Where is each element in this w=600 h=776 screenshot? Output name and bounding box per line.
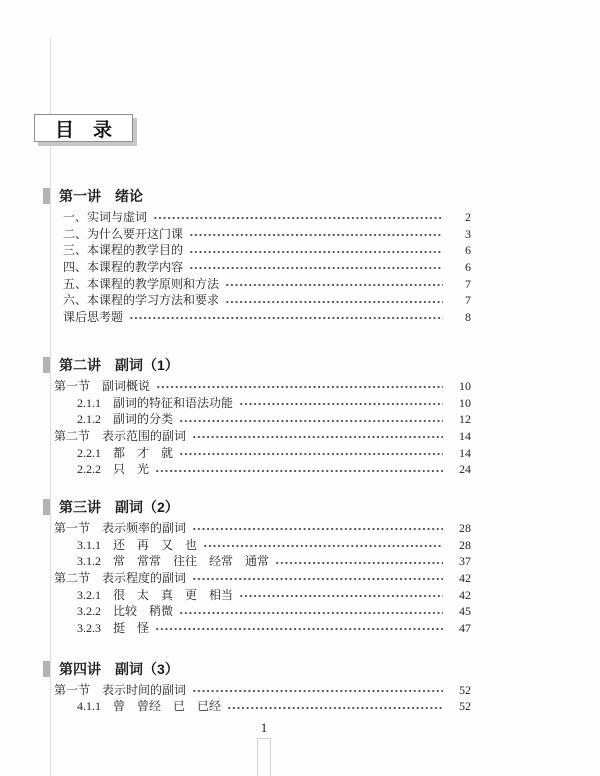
toc-entry-page: 7 — [449, 293, 471, 308]
toc-entry: 第一节 表示频率的副词 28 — [43, 519, 471, 536]
toc-entry-label: 2.1.2 副词的分类 — [77, 410, 173, 427]
toc-entry-page: 42 — [449, 588, 471, 603]
toc-entry-page: 7 — [449, 277, 471, 292]
toc-entry-label: 二、为什么要开这门课 — [63, 225, 183, 242]
toc-entry-page: 28 — [449, 521, 471, 536]
toc-entry-label: 第一节 副词概说 — [54, 377, 150, 394]
dot-leader — [155, 469, 443, 473]
toc-entry: 六、本课程的学习方法和要求 7 — [43, 291, 471, 308]
toc-entry-page: 10 — [449, 396, 471, 411]
toc-entry: 第一节 副词概说 10 — [43, 377, 471, 394]
table-of-contents: 第一讲 绪论 一、实词与虚词 2 二、为什么要开这门课 3 三、本课程的教学目的… — [43, 186, 471, 714]
toc-section-2: 第二讲 副词（1） 第一节 副词概说 10 2.1.1 副词的特征和语法功能 1… — [43, 355, 471, 477]
heading-bar — [43, 661, 50, 677]
toc-entry: 第二节 表示范围的副词 14 — [43, 427, 471, 444]
dot-leader — [192, 527, 443, 531]
toc-entry: 三、本课程的教学目的 6 — [43, 241, 471, 258]
toc-entry-label: 课后思考题 — [63, 308, 123, 325]
toc-entry-page: 28 — [449, 538, 471, 553]
toc-entry-label: 3.2.1 很 太 真 更 相当 — [77, 586, 233, 603]
section-heading-label: 第四讲 副词（3） — [59, 659, 179, 679]
dot-leader — [179, 611, 443, 615]
scan-artifact-box — [257, 738, 271, 776]
dot-leader — [239, 402, 443, 406]
toc-entry-page: 10 — [449, 379, 471, 394]
section-heading-label: 第三讲 副词（2） — [59, 497, 179, 517]
toc-entry: 3.2.1 很 太 真 更 相当 42 — [43, 586, 471, 603]
dot-leader — [189, 266, 443, 270]
dot-leader — [155, 627, 443, 631]
dot-leader — [179, 452, 443, 456]
dot-leader — [189, 233, 443, 237]
toc-entry: 3.2.3 挺 怪 47 — [43, 619, 471, 636]
dot-leader — [275, 561, 443, 565]
toc-entry-label: 五、本课程的教学原则和方法 — [63, 275, 219, 292]
toc-entry-page: 8 — [449, 310, 471, 325]
toc-entry-label: 四、本课程的教学内容 — [63, 258, 183, 275]
toc-entry-page: 45 — [449, 604, 471, 619]
toc-entry: 3.1.2 常 常常 往往 经常 通常 37 — [43, 552, 471, 569]
toc-entry-label: 第二节 表示程度的副词 — [54, 569, 186, 586]
toc-entry: 3.2.2 比较 稍微 45 — [43, 602, 471, 619]
toc-entry-label: 三、本课程的教学目的 — [63, 241, 183, 258]
toc-entry-label: 3.1.2 常 常常 往往 经常 通常 — [77, 552, 269, 569]
page-title: 目 录 — [55, 115, 112, 142]
toc-entry: 一、实词与虚词 2 — [43, 208, 471, 225]
toc-entry-page: 6 — [449, 243, 471, 258]
toc-title-box: 目 录 — [34, 114, 133, 142]
toc-entry: 2.2.1 都 才 就 14 — [43, 444, 471, 461]
toc-section-1: 第一讲 绪论 一、实词与虚词 2 二、为什么要开这门课 3 三、本课程的教学目的… — [43, 186, 471, 325]
toc-entry: 第二节 表示程度的副词 42 — [43, 569, 471, 586]
dot-leader — [225, 300, 443, 304]
toc-entry: 二、为什么要开这门课 3 — [43, 225, 471, 242]
toc-entry: 2.1.2 副词的分类 12 — [43, 410, 471, 427]
toc-entry-page: 47 — [449, 621, 471, 636]
toc-section-4: 第四讲 副词（3） 第一节 表示时间的副词 52 4.1.1 曾 曾经 已 已经… — [43, 659, 471, 714]
toc-entry: 2.2.2 只 光 24 — [43, 460, 471, 477]
dot-leader — [227, 706, 443, 710]
heading-bar — [43, 357, 50, 373]
toc-entry-label: 3.1.1 还 再 又 也 — [77, 536, 197, 553]
section-heading-label: 第一讲 绪论 — [59, 186, 143, 206]
dot-leader — [153, 216, 443, 220]
toc-entry: 2.1.1 副词的特征和语法功能 10 — [43, 394, 471, 411]
dot-leader — [239, 594, 443, 598]
section-heading: 第四讲 副词（3） — [43, 659, 471, 679]
section-heading-label: 第二讲 副词（1） — [59, 355, 179, 375]
toc-entry-label: 4.1.1 曾 曾经 已 已经 — [77, 697, 221, 714]
toc-entry-label: 3.2.2 比较 稍微 — [77, 602, 173, 619]
folio-page-number: 1 — [240, 720, 288, 736]
toc-entry-page: 24 — [449, 462, 471, 477]
toc-entry-label: 2.1.1 副词的特征和语法功能 — [77, 394, 233, 411]
toc-entry-page: 2 — [449, 210, 471, 225]
toc-entry-label: 第一节 表示时间的副词 — [54, 681, 186, 698]
heading-bar — [43, 188, 50, 204]
toc-entry-page: 52 — [449, 683, 471, 698]
toc-entry-page: 52 — [449, 699, 471, 714]
dot-leader — [192, 689, 443, 693]
toc-entry: 4.1.1 曾 曾经 已 已经 52 — [43, 697, 471, 714]
toc-entry-label: 一、实词与虚词 — [63, 208, 147, 225]
section-heading: 第一讲 绪论 — [43, 186, 471, 206]
dot-leader — [129, 316, 443, 320]
section-heading: 第三讲 副词（2） — [43, 497, 471, 517]
toc-entry-label: 3.2.3 挺 怪 — [77, 619, 149, 636]
dot-leader — [189, 250, 443, 254]
toc-entry-page: 37 — [449, 554, 471, 569]
toc-entry-page: 6 — [449, 260, 471, 275]
dot-leader — [192, 435, 443, 439]
toc-entry: 四、本课程的教学内容 6 — [43, 258, 471, 275]
toc-entry: 3.1.1 还 再 又 也 28 — [43, 536, 471, 553]
toc-entry-page: 14 — [449, 446, 471, 461]
toc-section-3: 第三讲 副词（2） 第一节 表示频率的副词 28 3.1.1 还 再 又 也 2… — [43, 497, 471, 636]
toc-entry-page: 12 — [449, 412, 471, 427]
dot-leader — [203, 544, 443, 548]
dot-leader — [225, 283, 443, 287]
toc-entry-label: 六、本课程的学习方法和要求 — [63, 291, 219, 308]
toc-entry: 课后思考题 8 — [43, 308, 471, 325]
section-heading: 第二讲 副词（1） — [43, 355, 471, 375]
toc-entry: 五、本课程的教学原则和方法 7 — [43, 275, 471, 292]
dot-leader — [192, 577, 443, 581]
heading-bar — [43, 499, 50, 515]
toc-entry-page: 14 — [449, 429, 471, 444]
toc-entry-page: 42 — [449, 571, 471, 586]
toc-entry-page: 3 — [449, 227, 471, 242]
toc-entry-label: 第二节 表示范围的副词 — [54, 427, 186, 444]
toc-entry: 第一节 表示时间的副词 52 — [43, 681, 471, 698]
dot-leader — [156, 385, 443, 389]
toc-entry-label: 2.2.2 只 光 — [77, 460, 149, 477]
toc-entry-label: 第一节 表示频率的副词 — [54, 519, 186, 536]
dot-leader — [179, 419, 443, 423]
toc-entry-label: 2.2.1 都 才 就 — [77, 444, 173, 461]
